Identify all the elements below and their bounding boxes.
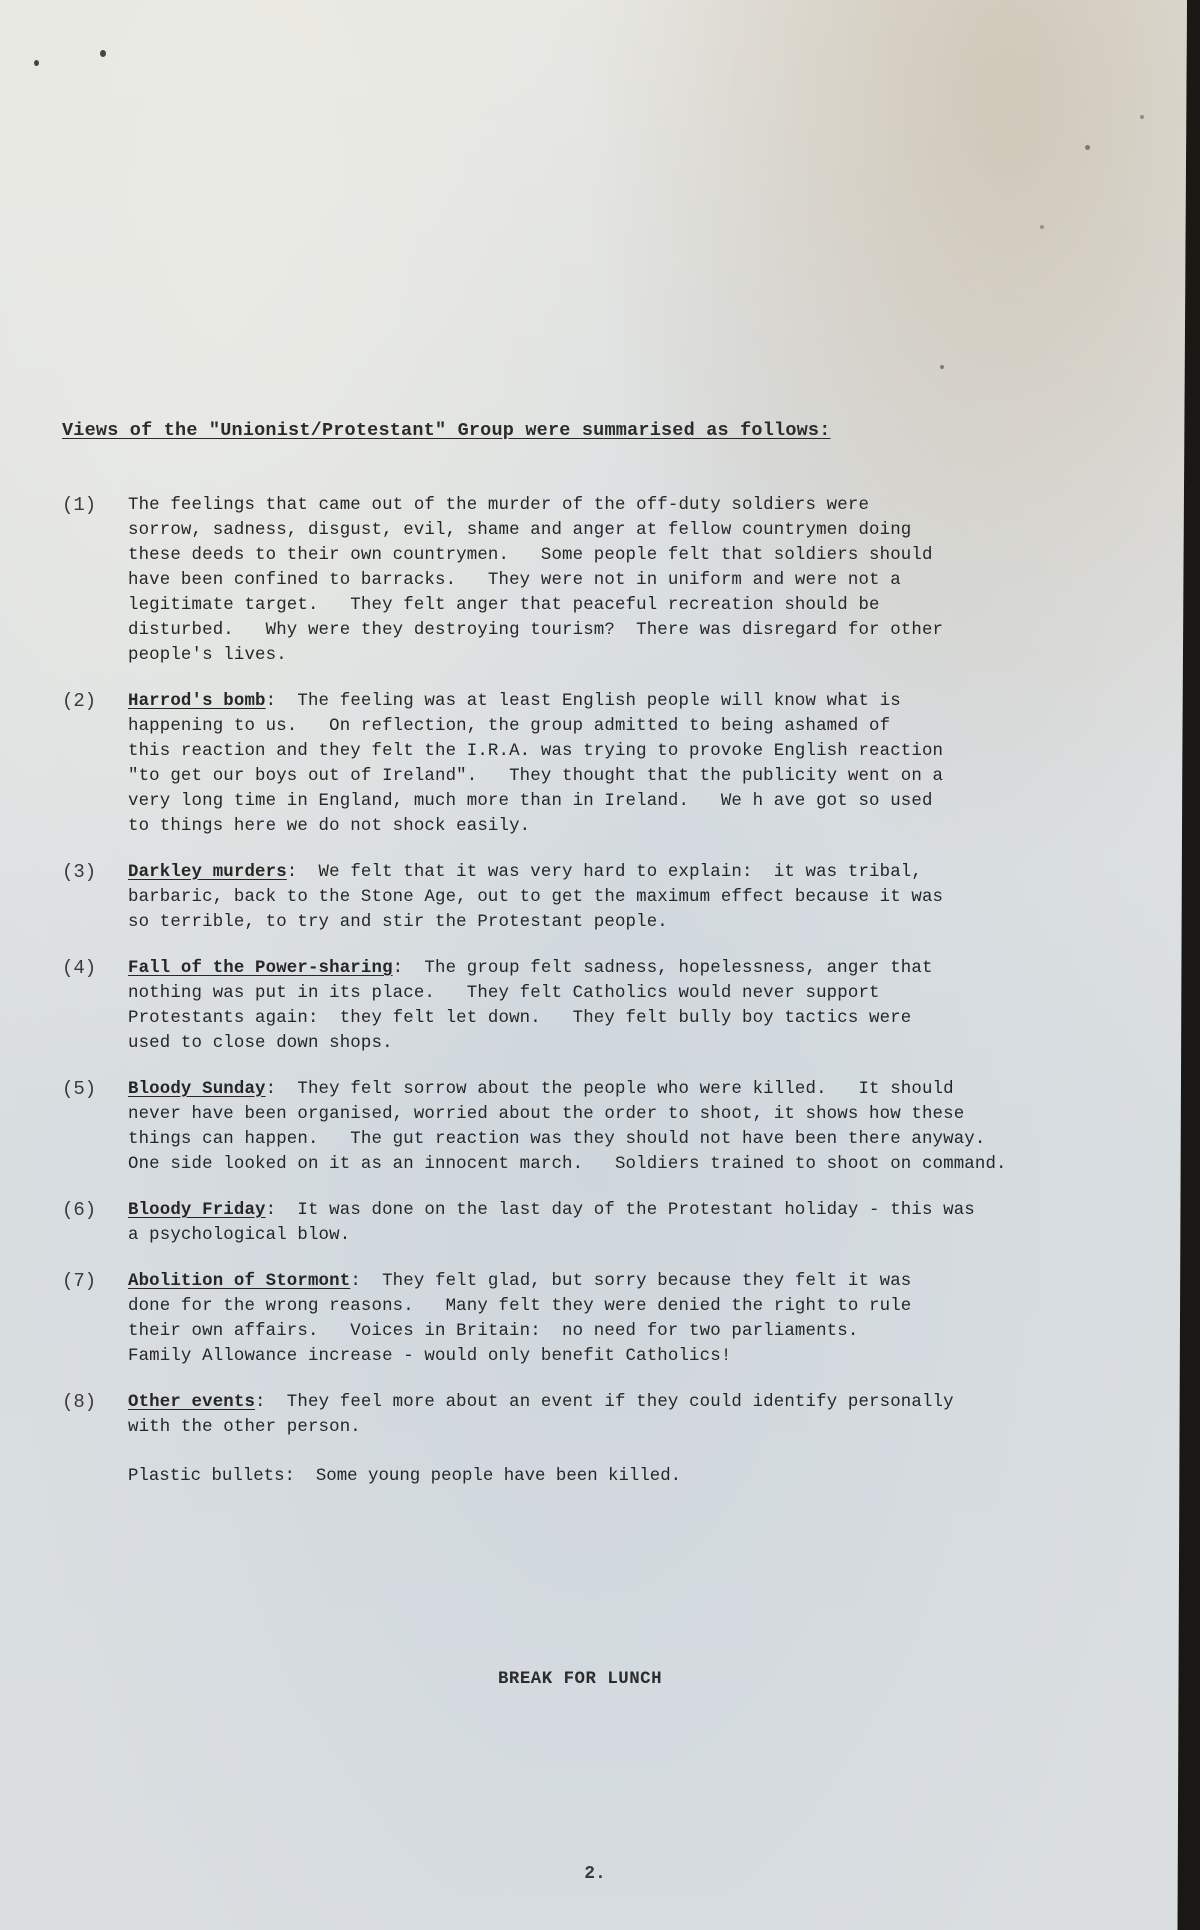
item-text: Other events: They feel more about an ev…: [128, 1390, 954, 1440]
text-line: with the other person.: [128, 1418, 361, 1437]
text-line: The feelings that came out of the murder…: [128, 496, 869, 515]
text-line: these deeds to their own countrymen. Som…: [128, 546, 933, 565]
item-text: Harrod's bomb: The feeling was at least …: [128, 689, 943, 839]
item-content: Other events: They feel more about an ev…: [128, 1390, 954, 1489]
item-text: Abolition of Stormont: They felt glad, b…: [128, 1269, 911, 1369]
text-line: so terrible, to try and stir the Protest…: [128, 913, 668, 932]
item-text: Fall of the Power-sharing: The group fel…: [128, 956, 933, 1056]
list-item: (4)Fall of the Power-sharing: The group …: [62, 956, 1172, 1056]
item-content: Bloody Friday: It was done on the last d…: [128, 1198, 975, 1248]
item-label: Bloody Friday: [128, 1201, 266, 1220]
text-line: nothing was put in its place. They felt …: [128, 984, 880, 1003]
list-item: (8)Other events: They feel more about an…: [62, 1390, 1172, 1489]
text-line: never have been organised, worried about…: [128, 1105, 964, 1124]
text-line: : We felt that it was very hard to expla…: [287, 863, 922, 882]
item-number: (2): [62, 689, 128, 714]
text-line: to things here we do not shock easily.: [128, 817, 530, 836]
text-line: : They felt sorrow about the people who …: [266, 1080, 954, 1099]
text-line: things can happen. The gut reaction was …: [128, 1130, 985, 1149]
page-number: 2.: [0, 1864, 1190, 1884]
text-line: this reaction and they felt the I.R.A. w…: [128, 742, 943, 761]
item-content: Bloody Sunday: They felt sorrow about th…: [128, 1077, 1007, 1177]
item-number: (5): [62, 1077, 128, 1102]
item-content: Abolition of Stormont: They felt glad, b…: [128, 1269, 911, 1369]
ink-speck: [1140, 115, 1144, 119]
text-line: done for the wrong reasons. Many felt th…: [128, 1297, 911, 1316]
text-line: "to get our boys out of Ireland". They t…: [128, 767, 943, 786]
item-number: (4): [62, 956, 128, 981]
item-content: Harrod's bomb: The feeling was at least …: [128, 689, 943, 839]
item-text: Darkley murders: We felt that it was ver…: [128, 860, 943, 935]
document-page: Views of the "Unionist/Protestant" Group…: [0, 0, 1187, 1930]
item-label: Bloody Sunday: [128, 1080, 266, 1099]
text-line: barbaric, back to the Stone Age, out to …: [128, 888, 943, 907]
list-item: (3)Darkley murders: We felt that it was …: [62, 860, 1172, 935]
ink-speck: [34, 60, 39, 66]
text-line: sorrow, sadness, disgust, evil, shame an…: [128, 521, 911, 540]
text-line: their own affairs. Voices in Britain: no…: [128, 1322, 858, 1341]
item-label: Fall of the Power-sharing: [128, 959, 393, 978]
break-for-lunch: BREAK FOR LUNCH: [0, 1670, 1160, 1689]
text-line: people's lives.: [128, 646, 287, 665]
item-label: Abolition of Stormont: [128, 1272, 350, 1291]
text-line: : The feeling was at least English peopl…: [266, 692, 901, 711]
ink-speck: [100, 50, 106, 57]
ink-speck: [1040, 225, 1044, 229]
item-list: (1)The feelings that came out of the mur…: [62, 493, 1172, 1510]
list-item: (1)The feelings that came out of the mur…: [62, 493, 1172, 668]
item-label: Harrod's bomb: [128, 692, 266, 711]
text-line: : The group felt sadness, hopelessness, …: [393, 959, 933, 978]
list-item: (2)Harrod's bomb: The feeling was at lea…: [62, 689, 1172, 839]
text-line: a psychological blow.: [128, 1226, 350, 1245]
text-line: : It was done on the last day of the Pro…: [266, 1201, 975, 1220]
ink-speck: [1085, 145, 1090, 150]
list-item: (5)Bloody Sunday: They felt sorrow about…: [62, 1077, 1172, 1177]
item-text: Bloody Sunday: They felt sorrow about th…: [128, 1077, 1007, 1177]
text-line: very long time in England, much more tha…: [128, 792, 933, 811]
item-number: (7): [62, 1269, 128, 1294]
text-line: happening to us. On reflection, the grou…: [128, 717, 890, 736]
ink-speck: [940, 365, 944, 369]
text-line: used to close down shops.: [128, 1034, 393, 1053]
item-number: (8): [62, 1390, 128, 1415]
text-line: One side looked on it as an innocent mar…: [128, 1155, 1007, 1174]
item-content: Fall of the Power-sharing: The group fel…: [128, 956, 933, 1056]
text-line: : They feel more about an event if they …: [255, 1393, 954, 1412]
text-line: Family Allowance increase - would only b…: [128, 1347, 731, 1366]
text-line: legitimate target. They felt anger that …: [128, 596, 880, 615]
section-heading: Views of the "Unionist/Protestant" Group…: [62, 420, 831, 441]
text-line: have been confined to barracks. They wer…: [128, 571, 901, 590]
item-text: The feelings that came out of the murder…: [128, 493, 943, 668]
item-number: (6): [62, 1198, 128, 1223]
item-content: Darkley murders: We felt that it was ver…: [128, 860, 943, 935]
item-label: Other events: [128, 1393, 255, 1412]
item-content: The feelings that came out of the murder…: [128, 493, 943, 668]
item-number: (1): [62, 493, 128, 518]
item-label: Darkley murders: [128, 863, 287, 882]
item-text: Bloody Friday: It was done on the last d…: [128, 1198, 975, 1248]
item-note: Plastic bullets: Some young people have …: [128, 1464, 954, 1489]
list-item: (6)Bloody Friday: It was done on the las…: [62, 1198, 1172, 1248]
text-line: : They felt glad, but sorry because they…: [350, 1272, 911, 1291]
list-item: (7)Abolition of Stormont: They felt glad…: [62, 1269, 1172, 1369]
text-line: disturbed. Why were they destroying tour…: [128, 621, 943, 640]
text-line: Protestants again: they felt let down. T…: [128, 1009, 911, 1028]
item-number: (3): [62, 860, 128, 885]
